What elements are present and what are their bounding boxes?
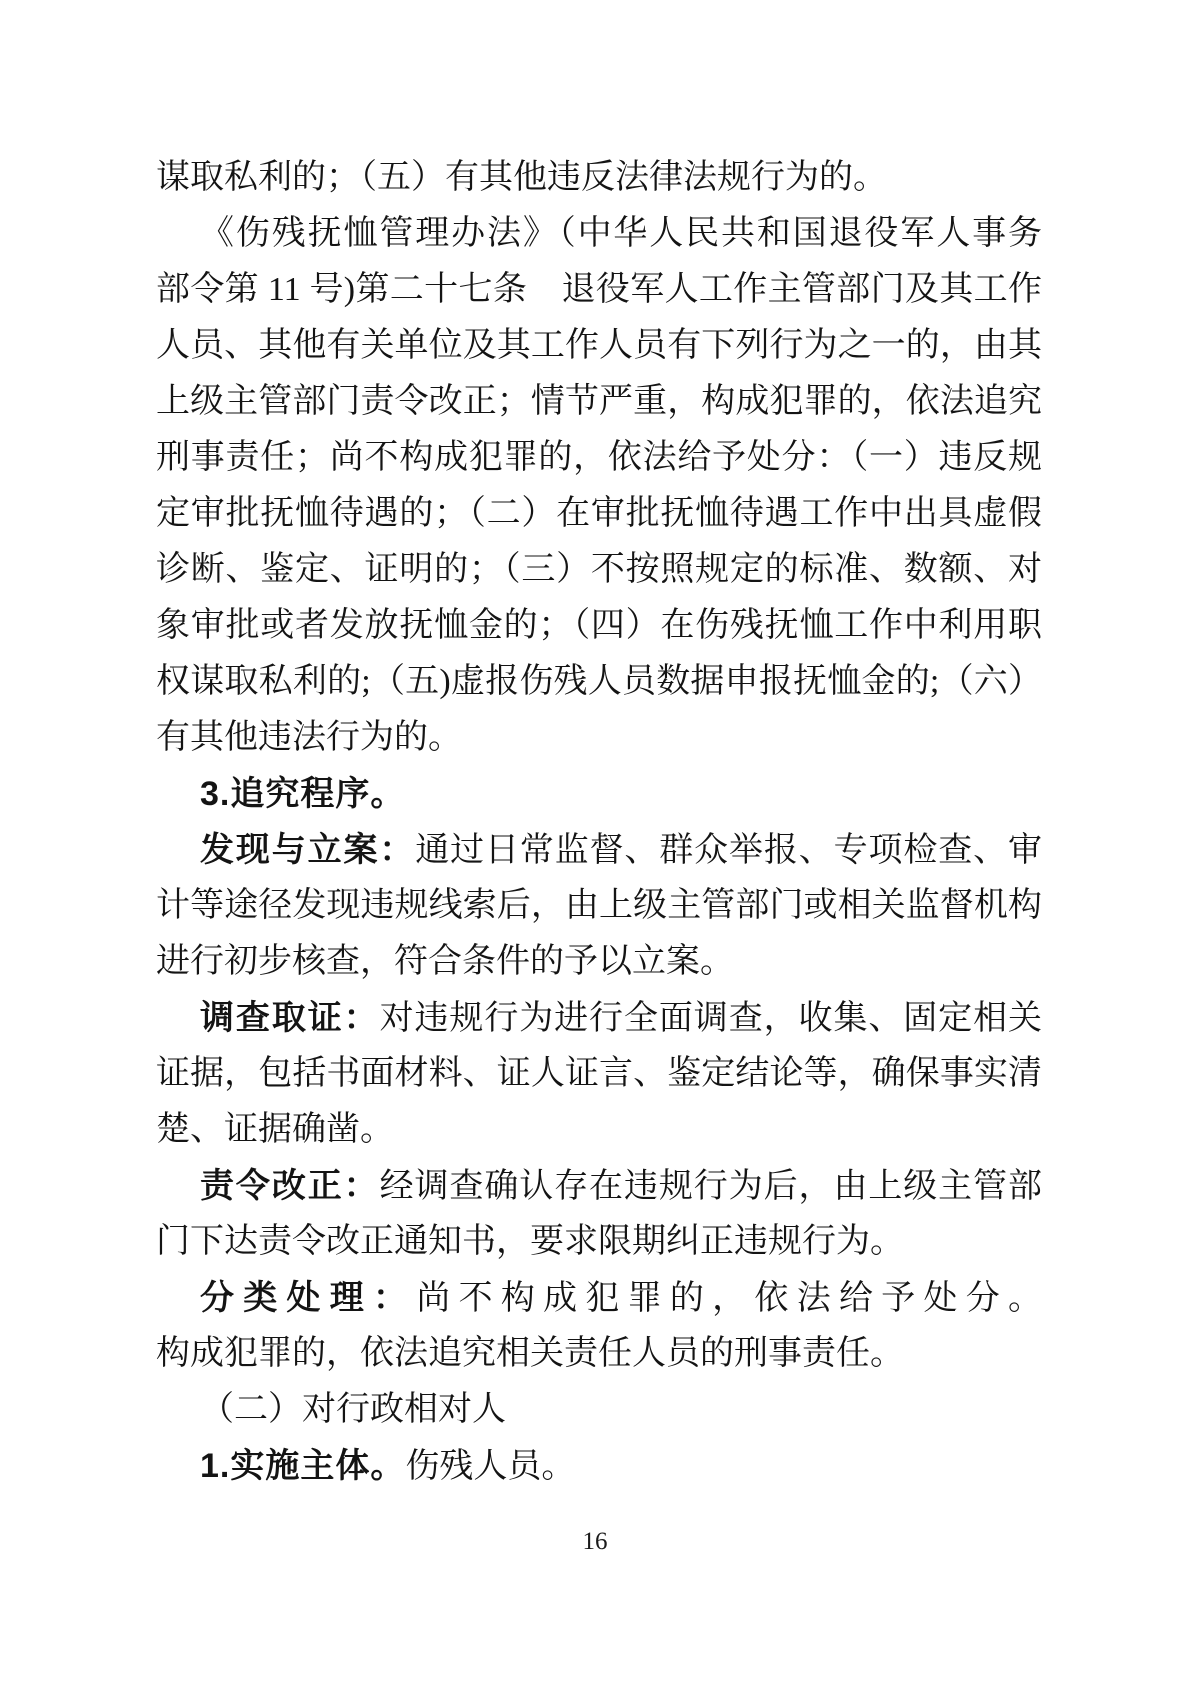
- document-page: 谋取私利的；（五）有其他违反法律法规行为的。《伤残抚恤管理办法》（中华人民共和国…: [0, 0, 1190, 1683]
- line-text: 证据，包括书面材料、证人证言、鉴定结论等，确保事实清: [156, 1055, 1042, 1092]
- line-text: 进行初步核查，符合条件的予以立案。: [156, 943, 734, 980]
- line-text: 部令第 11 号)第二十七条 退役军人工作主管部门及其工作: [156, 271, 1042, 308]
- text-line: 人员、其他有关单位及其工作人员有下列行为之一的，由其: [156, 318, 1042, 374]
- text-line: 诊断、鉴定、证明的；（三）不按照规定的标准、数额、对: [156, 542, 1042, 598]
- line-text: 伤残人员。: [405, 1448, 575, 1485]
- text-line: 上级主管部门责令改正；情节严重，构成犯罪的，依法追究: [156, 374, 1042, 430]
- text-line: 象审批或者发放抚恤金的；（四）在伤残抚恤工作中利用职: [156, 598, 1042, 654]
- bold-run-in-heading: 分类处理：: [200, 1279, 416, 1317]
- line-text: 门下达责令改正通知书，要求限期纠正违规行为。: [156, 1223, 904, 1260]
- line-text: 谋取私利的；（五）有其他违反法律法规行为的。: [156, 159, 887, 196]
- text-line: 部令第 11 号)第二十七条 退役军人工作主管部门及其工作: [156, 262, 1042, 318]
- line-text: 象审批或者发放抚恤金的；（四）在伤残抚恤工作中利用职: [156, 607, 1042, 644]
- line-text: 楚、证据确凿。: [156, 1111, 394, 1148]
- line-text: 权谋取私利的;（五)虚报伤残人员数据申报抚恤金的;（六）: [156, 663, 1042, 700]
- text-line: 分类处理：尚不构成犯罪的，依法给予处分。情节严重，: [156, 1270, 1042, 1326]
- text-line: 进行初步核查，符合条件的予以立案。: [156, 934, 1042, 990]
- line-text: 诊断、鉴定、证明的；（三）不按照规定的标准、数额、对: [156, 551, 1042, 588]
- bold-run-in-heading: 1.实施主体。: [200, 1447, 405, 1485]
- text-line: 有其他违法行为的。: [156, 710, 1042, 766]
- bold-run-in-heading: 调查取证：: [200, 999, 380, 1037]
- bold-run-in-heading: 3.追究程序。: [200, 775, 405, 813]
- text-line: 刑事责任；尚不构成犯罪的，依法给予处分：（一）违反规: [156, 430, 1042, 486]
- line-text: 通过日常监督、群众举报、专项检查、审: [415, 832, 1042, 869]
- page-number: 16: [0, 1528, 1190, 1556]
- line-text: 经调查确认存在违规行为后，由上级主管部: [380, 1168, 1042, 1205]
- text-line: （二）对行政相对人: [156, 1382, 1042, 1438]
- text-line: 谋取私利的；（五）有其他违反法律法规行为的。: [156, 150, 1042, 206]
- line-text: 对违规行为进行全面调查，收集、固定相关: [380, 1000, 1042, 1037]
- line-text: 上级主管部门责令改正；情节严重，构成犯罪的，依法追究: [156, 383, 1042, 420]
- text-line: 权谋取私利的;（五)虚报伤残人员数据申报抚恤金的;（六）: [156, 654, 1042, 710]
- line-text: 计等途径发现违规线索后，由上级主管部门或相关监督机构: [156, 887, 1042, 924]
- text-line: 3.追究程序。: [156, 766, 1042, 822]
- document-body: 谋取私利的；（五）有其他违反法律法规行为的。《伤残抚恤管理办法》（中华人民共和国…: [156, 150, 1042, 1494]
- bold-run-in-heading: 责令改正：: [200, 1167, 380, 1205]
- line-text: 刑事责任；尚不构成犯罪的，依法给予处分：（一）违反规: [156, 439, 1042, 476]
- line-text: 有其他违法行为的。: [156, 719, 462, 756]
- text-line: 发现与立案：通过日常监督、群众举报、专项检查、审: [156, 822, 1042, 878]
- text-line: 构成犯罪的，依法追究相关责任人员的刑事责任。: [156, 1326, 1042, 1382]
- text-line: 门下达责令改正通知书，要求限期纠正违规行为。: [156, 1214, 1042, 1270]
- text-line: 《伤残抚恤管理办法》（中华人民共和国退役军人事务: [156, 206, 1042, 262]
- line-text: 构成犯罪的，依法追究相关责任人员的刑事责任。: [156, 1335, 904, 1372]
- text-line: 定审批抚恤待遇的；（二）在审批抚恤待遇工作中出具虚假: [156, 486, 1042, 542]
- text-line: 计等途径发现违规线索后，由上级主管部门或相关监督机构: [156, 878, 1042, 934]
- text-line: 楚、证据确凿。: [156, 1102, 1042, 1158]
- bold-run-in-heading: 发现与立案：: [200, 831, 415, 869]
- line-text: （二）对行政相对人: [200, 1391, 506, 1428]
- text-line: 责令改正：经调查确认存在违规行为后，由上级主管部: [156, 1158, 1042, 1214]
- text-line: 1.实施主体。伤残人员。: [156, 1438, 1042, 1494]
- line-text: 定审批抚恤待遇的；（二）在审批抚恤待遇工作中出具虚假: [156, 495, 1042, 532]
- text-line: 调查取证：对违规行为进行全面调查，收集、固定相关: [156, 990, 1042, 1046]
- line-text: 《伤残抚恤管理办法》（中华人民共和国退役军人事务: [200, 215, 1042, 252]
- text-line: 证据，包括书面材料、证人证言、鉴定结论等，确保事实清: [156, 1046, 1042, 1102]
- line-text: 人员、其他有关单位及其工作人员有下列行为之一的，由其: [156, 327, 1042, 364]
